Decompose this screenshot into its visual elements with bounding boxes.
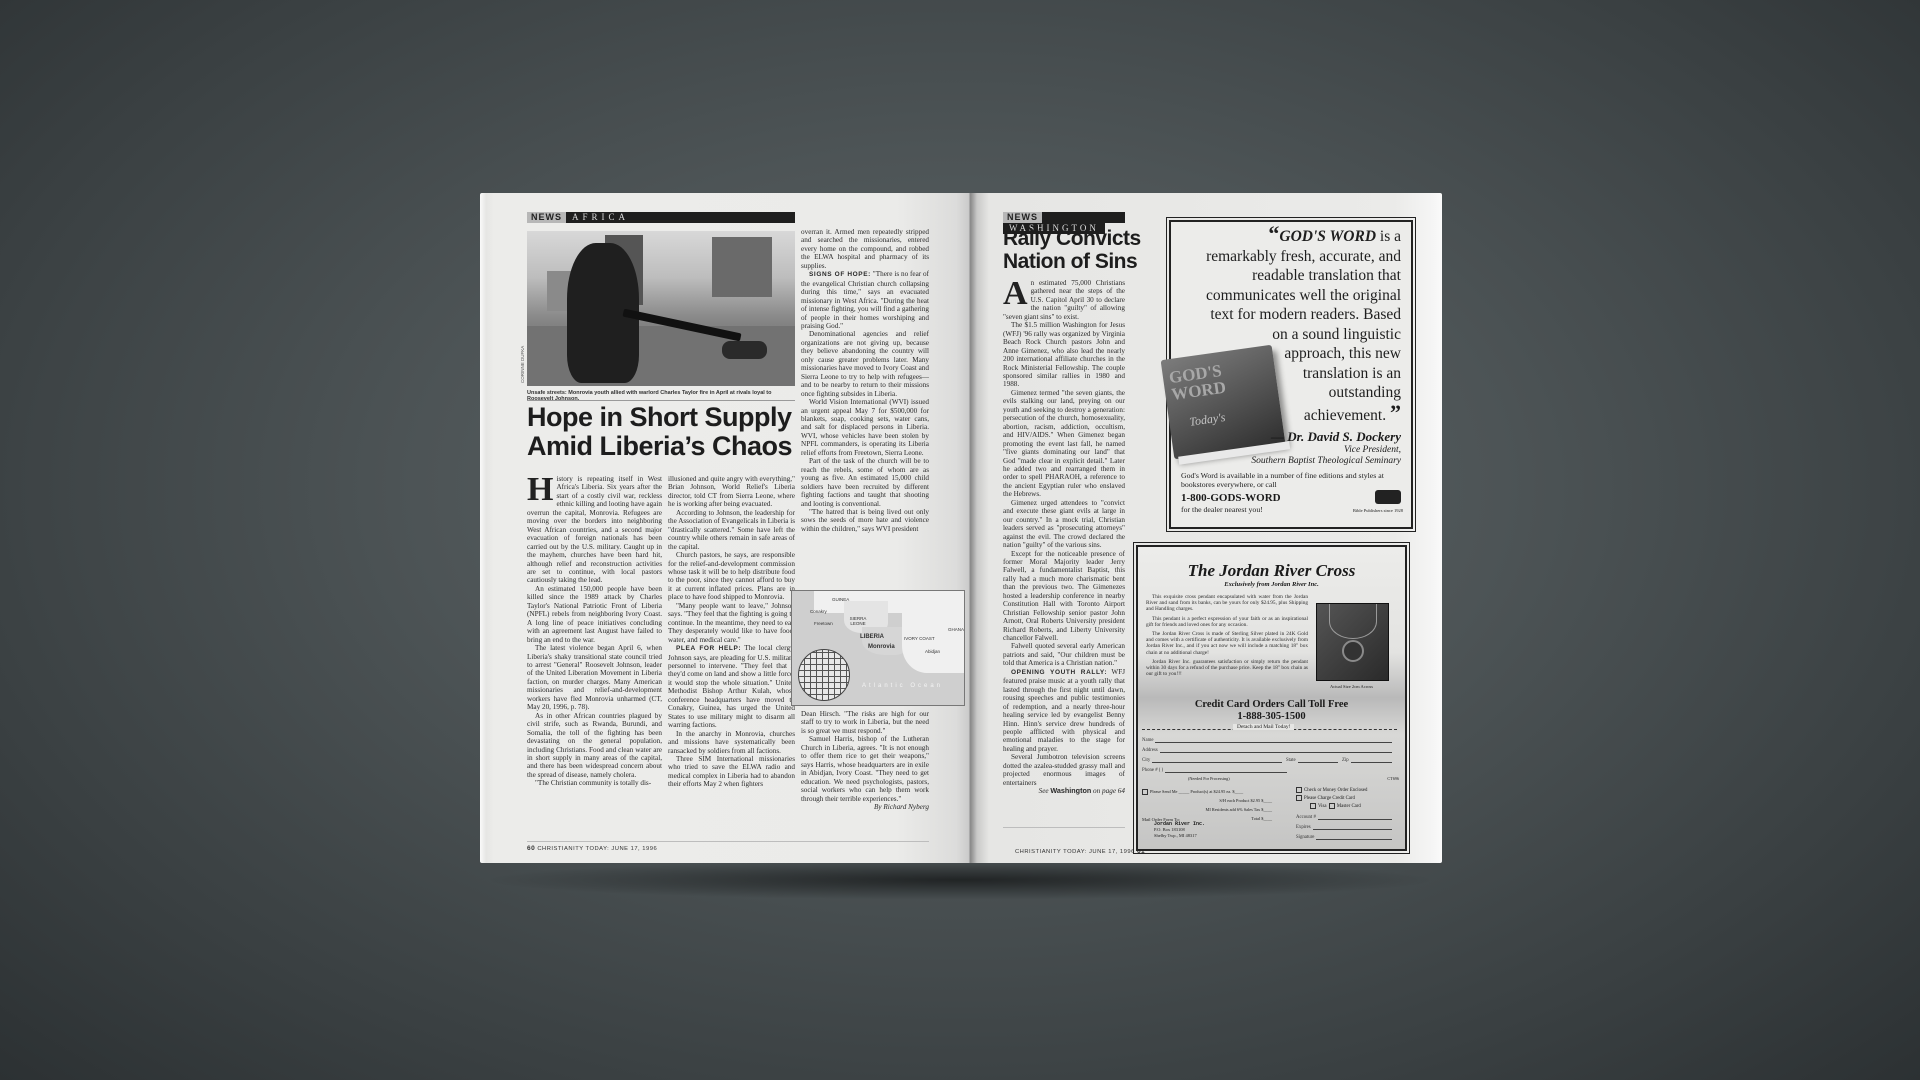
gods-word-brand: GOD'S WORD [1279, 228, 1376, 245]
left-page-footer: 60 CHRISTIANITY TODAY: JUNE 17, 1996 [527, 845, 657, 852]
author-title: Vice President, Southern Baptist Theolog… [1251, 445, 1401, 466]
gods-word-phone[interactable]: 1-800-GODS-WORD [1181, 492, 1281, 504]
paragraph: Denominational agencies and relief organ… [801, 330, 929, 398]
paragraph: Gimenez urged attendees to "convict and … [1003, 499, 1125, 550]
ad-paragraph: This pendant is a perfect expression of … [1146, 616, 1308, 628]
phone-field[interactable]: Phone # ( ) [1142, 767, 1287, 773]
paragraph: Several Jumbotron television screens dot… [1003, 753, 1125, 787]
ad-subtitle: Exclusively from Jordan River Inc. [1138, 581, 1405, 588]
quote-line: remarkably fresh, accurate, and [1173, 247, 1401, 267]
field-label: Account # [1296, 815, 1316, 820]
field-label: Expires [1296, 825, 1311, 830]
dollar: $ [1261, 816, 1263, 821]
field-label: City [1142, 758, 1150, 763]
map-label: Conakry [810, 609, 827, 614]
option-label: Check or Money Order Enclosed [1304, 788, 1367, 793]
order-line: Please Send Me _____ Product(s) at $24.9… [1150, 789, 1231, 794]
pendant-photo [1316, 603, 1389, 681]
tax-line: MI Residents add 6% Sales Tax [1206, 807, 1261, 812]
headline-rally: Rally Convicts Nation of Sins [1003, 227, 1141, 273]
paragraph: The local clergy, Johnson says, are plea… [668, 644, 795, 729]
total-line: Total [1251, 816, 1260, 821]
map-label: LIBERIA [860, 634, 884, 640]
city-field[interactable]: City [1142, 757, 1282, 763]
right-page-footer: CHRISTIANITY TODAY: JUNE 17, 1996 61 [1015, 848, 1145, 855]
article-column-3-bottom: Dean Hirsch. "The risks are high for our… [801, 710, 929, 828]
news-photo [527, 231, 795, 386]
option-label: Visa [1318, 804, 1327, 809]
paragraph: Except for the noticeable presence of fo… [1003, 550, 1125, 643]
checkbox[interactable] [1296, 795, 1302, 801]
open-quote-icon: “ [1268, 221, 1279, 246]
visa-option[interactable]: Visa [1310, 804, 1327, 809]
map-label: IVORY COAST [904, 636, 935, 641]
headline-liberia: Hope in Short Supply Amid Liberia’s Chao… [527, 403, 792, 461]
paragraph: "The hatred that is being lived out only… [801, 508, 929, 533]
paragraph: Three SIM International missionaries who… [668, 755, 795, 789]
quote-line: text for modern readers. Based [1173, 305, 1401, 325]
author-title-line: Vice President, [1251, 445, 1401, 456]
paragraph: Dean Hirsch. "The risks are high for our… [801, 710, 929, 735]
paragraph: In the anarchy in Monrovia, churches and… [668, 730, 795, 755]
photo-caption: Actual Size 2cm Across [1316, 684, 1387, 689]
paragraph: "The Christian community is totally dis- [527, 779, 662, 787]
footer-rule [1003, 827, 1125, 828]
detach-label: Detach and Mail Today! [1233, 724, 1294, 730]
footer-text: CHRISTIANITY TODAY: JUNE 17, 1996 [1015, 849, 1135, 855]
field-label: Zip [1342, 758, 1349, 763]
gods-word-book-image: GOD'S WORD Today's [1161, 345, 1286, 460]
paragraph: Samuel Harris, bishop of the Lutheran Ch… [801, 735, 929, 803]
city-state: Shelby Twp., MI 48317 [1142, 833, 1205, 838]
quote-line: on a sound linguistic [1173, 325, 1401, 345]
ad-body: This exquisite cross pendant encapsulate… [1146, 594, 1308, 680]
paragraph: Church pastors, he says, are responsible… [668, 551, 795, 602]
paragraph: "There is no fear of the evangelical Chr… [801, 270, 929, 330]
subhead-signs-of-hope: SIGNS OF HOPE: [809, 271, 871, 278]
map-ocean-label: Atlantic Ocean [862, 683, 943, 689]
paragraph: As in other African countries plagued by… [527, 712, 662, 780]
quote-line: readable translation that [1173, 266, 1401, 286]
ad-code: CT696 [1387, 776, 1399, 781]
paragraph: "Many people want to leave," Johnson say… [668, 602, 795, 644]
byline: By Richard Nyberg [801, 803, 929, 811]
dollar: $ [1261, 807, 1263, 812]
continued-link[interactable]: See Washington on page 64 [1003, 787, 1125, 795]
book-title: GOD'S WORD [1168, 355, 1278, 403]
headline-line-2: Nation of Sins [1003, 250, 1141, 273]
cross-pendant-icon [1342, 640, 1364, 662]
paragraph: illusioned and quite angry with everythi… [668, 475, 795, 509]
mail-to-address: Mail Order Form To: Jordan River Inc. P.… [1142, 817, 1205, 838]
paragraph: An estimated 150,000 people have been ki… [527, 585, 662, 644]
order-quantity-row[interactable]: Please Send Me _____ Product(s) at $24.9… [1142, 787, 1292, 796]
field-label: Signature [1296, 835, 1314, 840]
field-label: State [1286, 758, 1296, 763]
paragraph: Part of the task of the church will be t… [801, 457, 929, 508]
subhead-plea-for-help: PLEA FOR HELP: [676, 645, 741, 652]
left-page: NEWSAFRICA CORINNE DUFKA Unsafe streets:… [480, 193, 971, 863]
phone-note: (Needed For Processing) [1188, 776, 1230, 781]
state-field[interactable]: State [1286, 757, 1338, 763]
expires-field[interactable]: Expires [1296, 824, 1392, 830]
drop-cap: A [1003, 280, 1028, 308]
paragraph: WFJ featured praise music at a youth ral… [1003, 668, 1125, 753]
map-label: SIERRA LEONE [847, 616, 869, 626]
dollar: $ [1232, 789, 1234, 794]
signature-field[interactable]: Signature [1296, 834, 1392, 840]
mastercard-option[interactable]: Master Card [1329, 804, 1361, 809]
field-label: Phone # ( ) [1142, 768, 1163, 773]
gods-word-ad: “GOD'S WORD is a remarkably fresh, accur… [1169, 220, 1413, 529]
paragraph: According to Johnson, the leadership for… [668, 509, 795, 551]
map-label: Freetown [814, 621, 833, 626]
paragraph: The latest violence began April 6, when … [527, 644, 662, 712]
jordan-river-cross-ad: The Jordan River Cross Exclusively from … [1136, 545, 1407, 851]
phone-note: for the dealer nearest you! [1181, 505, 1263, 514]
paragraph: The $1.5 million Washington for Jesus (W… [1003, 321, 1125, 389]
quote-line: communicates well the original [1173, 286, 1401, 306]
divider [527, 400, 795, 401]
book-subtitle: Today's [1188, 410, 1226, 430]
subhead-opening-youth-rally: OPENING YOUTH RALLY: [1011, 669, 1107, 676]
paragraph: Falwell quoted several early American pa… [1003, 642, 1125, 667]
continued-pre: See [1039, 787, 1049, 795]
checkbox[interactable] [1296, 787, 1302, 793]
ad-paragraph: Jordan River Inc. guarantees satisfactio… [1146, 659, 1308, 678]
drop-cap: H [527, 476, 553, 504]
charge-option[interactable]: Please Charge Credit Card [1296, 795, 1396, 803]
headline-line-2: Amid Liberia’s Chaos [527, 432, 792, 461]
account-field[interactable]: Account # [1296, 814, 1392, 820]
liberia-map: GUINEA Conakry Freetown SIERRA LEONE LIB… [791, 590, 965, 706]
magazine-shadow [480, 860, 1440, 900]
paragraph: overran it. Armed men repeatedly strippe… [801, 228, 929, 270]
author-title-line: Southern Baptist Theological Seminary [1251, 456, 1401, 467]
payment-section: Check or Money Order Enclosed Please Cha… [1296, 787, 1396, 811]
section-tag: NEWS [527, 212, 566, 223]
continued-post: on page 64 [1093, 787, 1125, 795]
photo-credit: CORINNE DUFKA [520, 346, 525, 383]
map-label: Abidjan [925, 649, 940, 654]
right-page: NEWSWASHINGTON Rally Convicts Nation of … [971, 193, 1442, 863]
article-column-2: illusioned and quite angry with everythi… [668, 475, 795, 845]
map-label: Monrovia [868, 644, 895, 650]
paragraph: Gimenez termed "the seven giants, the ev… [1003, 389, 1125, 499]
availability-text: God's Word is available in a number of f… [1181, 471, 1405, 489]
globe-icon [798, 649, 850, 701]
name-field[interactable]: Name [1142, 737, 1392, 743]
publisher-tagline: Bible Publishers since 1928 [1353, 508, 1403, 513]
ad-paragraph: The Jordan River Cross is made of Sterli… [1146, 631, 1308, 656]
field-label: Address [1142, 748, 1158, 753]
footer-text: CHRISTIANITY TODAY: JUNE 17, 1996 [537, 846, 657, 852]
paragraph: World Vision International (WVI) issued … [801, 398, 929, 457]
section-region: AFRICA [566, 212, 635, 223]
ad-paragraph: This exquisite cross pendant encapsulate… [1146, 594, 1308, 613]
field-label: Name [1142, 738, 1153, 743]
dollar: $ [1261, 798, 1263, 803]
jordan-phone[interactable]: 1-888-305-1500 [1138, 711, 1405, 722]
map-label: GUINEA [832, 597, 849, 602]
section-bar-africa: NEWSAFRICA [527, 212, 795, 223]
publisher-logo-icon [1375, 490, 1401, 504]
check-option[interactable]: Check or Money Order Enclosed [1296, 787, 1396, 795]
quote-line: is a [1380, 228, 1401, 245]
quote-line: achievement. [1304, 407, 1386, 424]
map-label: GHANA [948, 627, 964, 632]
zip-field[interactable]: Zip [1342, 757, 1392, 763]
section-tag: NEWS [1003, 212, 1042, 223]
footer-rule [527, 841, 929, 842]
close-quote-icon: ” [1390, 400, 1401, 425]
ad-title: The Jordan River Cross [1138, 561, 1405, 581]
address-field[interactable]: Address [1142, 747, 1392, 753]
cta-text: Credit Card Orders Call Toll Free [1138, 699, 1405, 710]
checkbox[interactable] [1310, 803, 1316, 809]
rally-article-column: An estimated 75,000 Christians gathered … [1003, 279, 1125, 824]
section-bar-washington: NEWSWASHINGTON [1003, 212, 1125, 223]
option-label: Master Card [1337, 804, 1361, 809]
quote-author: — Dr. David S. Dockery [1271, 429, 1401, 445]
checkbox[interactable] [1142, 789, 1148, 795]
article-column-3-top: overran it. Armed men repeatedly strippe… [801, 228, 929, 596]
option-label: Please Charge Credit Card [1304, 796, 1355, 801]
headline-line-1: Hope in Short Supply [527, 403, 792, 432]
headline-line-1: Rally Convicts [1003, 227, 1141, 250]
article-column-1: History is repeating itself in West Afri… [527, 475, 662, 845]
continued-target: Washington [1050, 786, 1091, 795]
page-number: 60 [527, 845, 535, 852]
shipping-line: S/H each Product $2.95 [1219, 798, 1260, 803]
checkbox[interactable] [1329, 803, 1335, 809]
